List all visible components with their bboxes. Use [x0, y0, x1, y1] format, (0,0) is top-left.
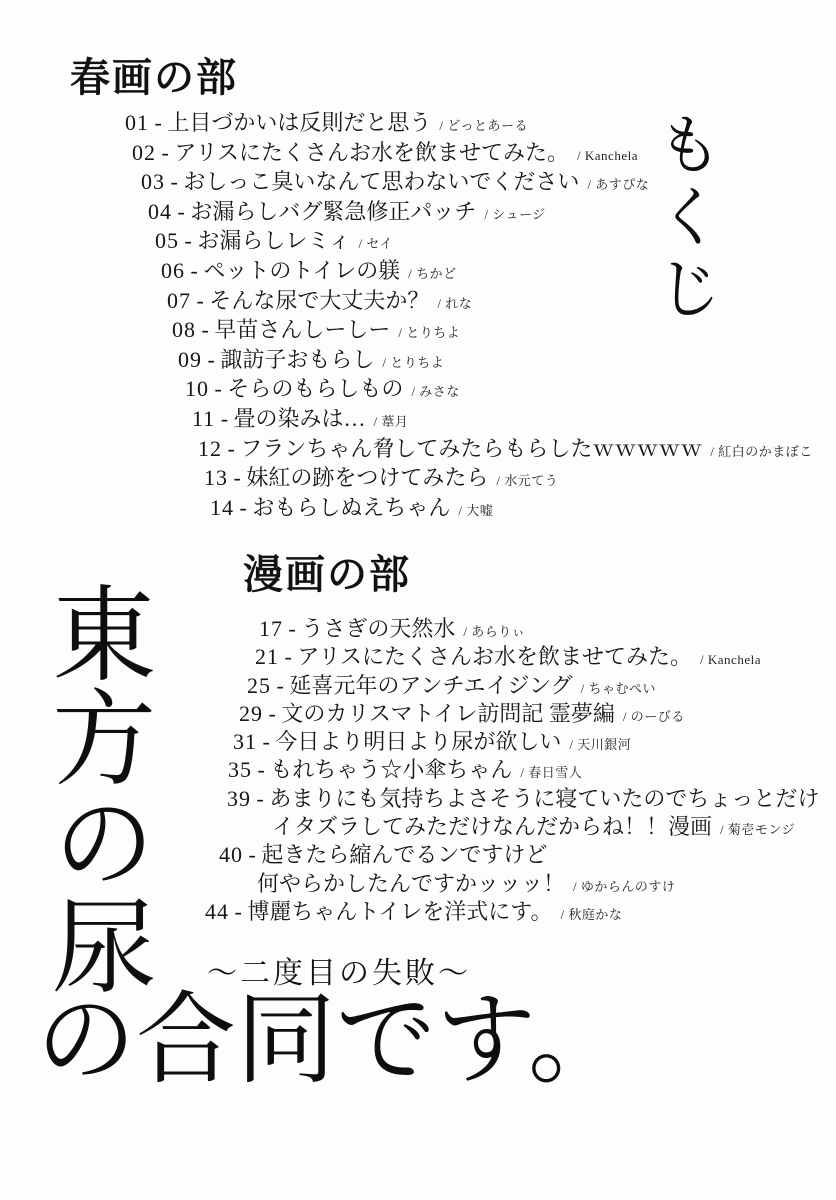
toc-entry-12: 12 - フランちゃん脅してみたらもらしたｗｗｗｗｗ/ 紅白のかまぼこ	[198, 434, 836, 464]
entry-author: / あすぴな	[587, 177, 649, 192]
entry-author: / みさな	[411, 384, 459, 399]
toc-entry-40-line1: 40 - 起きたら縮んでるンですけど	[219, 841, 836, 869]
entry-author: / ちゃむぺい	[581, 681, 656, 696]
entry-title: そらのもらしもの	[227, 376, 403, 401]
num-dash: -	[234, 495, 252, 520]
toc-entry-04: 04 - お漏らしバグ緊急修正パッチ/ シュージ	[148, 197, 836, 227]
entry-title: うさぎの天然水	[301, 616, 455, 641]
num-dash: -	[229, 899, 247, 924]
entry-author: / 春日雪人	[520, 765, 582, 780]
entry-title: お漏らしレミィ	[197, 228, 350, 253]
entry-number: 09	[178, 347, 202, 372]
entry-number: 10	[185, 376, 209, 401]
num-dash: -	[165, 169, 183, 194]
entry-author: / 大嘘	[458, 503, 493, 518]
toc-entry-31: 31 - 今日より明日より尿が欲しい/ 天川銀河	[233, 728, 836, 756]
entry-number: 39	[227, 786, 251, 811]
entry-number: 06	[161, 258, 185, 283]
entry-number: 14	[210, 495, 234, 520]
toc-entry-01: 01 - 上目づかいは反則だと思う/ どっとあーる	[125, 108, 836, 138]
num-dash: -	[209, 376, 227, 401]
entry-title: おもらしぬえちゃん	[252, 495, 450, 520]
toc-entry-08: 08 - 早苗さんしーしー/ とりちよ	[172, 315, 836, 345]
entry-number: 03	[141, 169, 165, 194]
toc-entry-06: 06 - ペットのトイレの躾/ ちかど	[161, 256, 836, 286]
entry-title: お漏らしバグ緊急修正パッチ	[190, 199, 476, 224]
entry-number: 35	[228, 757, 252, 782]
num-dash: -	[149, 110, 167, 135]
entry-author: / とりちよ	[382, 355, 444, 370]
entry-title: 妹紅の跡をつけてみたら	[246, 465, 488, 490]
entry-author: / どっとあーる	[439, 118, 528, 133]
entry-title: アリスにたくさんお水を飲ませてみた。	[297, 644, 692, 669]
num-dash: -	[191, 288, 209, 313]
entry-number: 01	[125, 110, 149, 135]
num-dash: -	[263, 701, 281, 726]
toc-entry-02: 02 - アリスにたくさんお水を飲ませてみた。/ Kanchela	[132, 138, 836, 168]
entry-number: 07	[167, 288, 191, 313]
entry-number: 40	[219, 842, 243, 867]
entry-title: 博麗ちゃんトイレを洋式にす。	[247, 899, 552, 924]
entry-title: 今日より明日より尿が欲しい	[275, 729, 561, 754]
entry-author: / 紅白のかまぼこ	[710, 444, 812, 459]
toc-entry-05: 05 - お漏らしレミィ/ セイ	[155, 226, 836, 256]
entry-number: 25	[247, 673, 271, 698]
entry-title: そんな尿で大丈夫か？	[209, 288, 429, 313]
toc-page: 春画の部 もくじ 01 - 上目づかいは反則だと思う/ どっとあーる 02 - …	[0, 0, 836, 1200]
entry-author: / れな	[437, 296, 472, 311]
entry-number: 29	[239, 701, 263, 726]
entry-title: 上目づかいは反則だと思う	[167, 110, 431, 135]
toc-entry-44: 44 - 博麗ちゃんトイレを洋式にす。/ 秋庭かな	[205, 898, 836, 926]
entry-author: / 秋庭かな	[560, 907, 622, 922]
entry-author: / 菊壱モンジ	[720, 822, 795, 837]
toc-entry-39-line1: 39 - あまりにも気持ちよさそうに寝ていたのでちょっとだけ	[227, 785, 836, 813]
num-dash: -	[156, 140, 174, 165]
entry-title: 文のカリスマトイレ訪問記 霊夢編	[281, 701, 615, 726]
num-dash: -	[179, 228, 197, 253]
num-dash: -	[243, 842, 261, 867]
num-dash: -	[251, 786, 269, 811]
entry-number: 21	[255, 644, 279, 669]
toc-entry-40-line2: 何やらかしたんですかッッッ！/ ゆからんのすけ	[257, 870, 836, 898]
num-dash: -	[228, 465, 246, 490]
entry-author: / ゆからんのすけ	[573, 879, 675, 894]
toc-entry-14: 14 - おもらしぬえちゃん/ 大嘘	[210, 493, 836, 523]
toc-entry-13: 13 - 妹紅の跡をつけてみたら/ 水元てう	[204, 463, 836, 493]
entry-title: アリスにたくさんお水を飲ませてみた。	[174, 140, 569, 165]
entry-author: / Kanchela	[577, 148, 638, 163]
entry-author: / のーびる	[623, 709, 685, 724]
shunga-entry-list: 01 - 上目づかいは反則だと思う/ どっとあーる 02 - アリスにたくさんお…	[0, 108, 836, 522]
entry-number: 11	[192, 406, 215, 431]
entry-number: 04	[148, 199, 172, 224]
section-heading-shunga: 春画の部	[70, 46, 238, 103]
toc-entry-09: 09 - 諏訪子おもらし/ とりちよ	[178, 345, 836, 375]
entry-number: 12	[198, 436, 222, 461]
entry-title: 諏訪子おもらし	[220, 347, 374, 372]
entry-title: もれちゃう☆小傘ちゃん	[270, 757, 512, 782]
entry-author: / セイ	[358, 236, 393, 251]
toc-entry-03: 03 - おしっこ臭いなんて思わないでください/ あすぴな	[141, 167, 836, 197]
entry-number: 08	[172, 317, 196, 342]
num-dash: -	[271, 673, 289, 698]
toc-entry-35: 35 - もれちゃう☆小傘ちゃん/ 春日雪人	[228, 756, 836, 784]
num-dash: -	[172, 199, 190, 224]
entry-author: / Kanchela	[700, 652, 761, 667]
entry-author: / ちかど	[408, 266, 456, 281]
entry-title: あまりにも気持ちよさそうに寝ていたのでちょっとだけ	[269, 786, 819, 811]
entry-title: 起きたら縮んでるンですけど	[261, 842, 547, 867]
num-dash: -	[279, 644, 297, 669]
num-dash: -	[202, 347, 220, 372]
toc-entry-07: 07 - そんな尿で大丈夫か？/ れな	[167, 286, 836, 316]
num-dash: -	[283, 616, 301, 641]
toc-entry-25: 25 - 延喜元年のアンチエイジング/ ちゃむぺい	[247, 672, 836, 700]
toc-entry-21: 21 - アリスにたくさんお水を飲ませてみた。/ Kanchela	[255, 643, 836, 671]
entry-author: / 葦月	[374, 414, 409, 429]
entry-author: / あらりぃ	[463, 624, 525, 639]
num-dash: -	[252, 757, 270, 782]
entry-number: 05	[155, 228, 179, 253]
num-dash: -	[257, 729, 275, 754]
entry-number: 13	[204, 465, 228, 490]
entry-title: フランちゃん脅してみたらもらしたｗｗｗｗｗ	[240, 436, 702, 461]
entry-author: / とりちよ	[398, 325, 460, 340]
book-title-vertical: 東方の尿	[40, 580, 146, 996]
num-dash: -	[185, 258, 203, 283]
entry-number: 17	[259, 616, 283, 641]
entry-author: / シュージ	[484, 207, 545, 222]
toc-entry-39-line2: イタズラしてみただけなんだからね！！漫画/ 菊壱モンジ	[272, 813, 836, 841]
toc-entry-29: 29 - 文のカリスマトイレ訪問記 霊夢編/ のーびる	[239, 700, 836, 728]
num-dash: -	[222, 436, 240, 461]
entry-number: 02	[132, 140, 156, 165]
entry-title: おしっこ臭いなんて思わないでください	[183, 169, 579, 194]
entry-author: / 水元てう	[496, 473, 558, 488]
num-dash: -	[196, 317, 214, 342]
entry-title: 延喜元年のアンチエイジング	[289, 673, 572, 698]
num-dash: -	[215, 406, 233, 431]
entry-author: / 天川銀河	[569, 737, 631, 752]
entry-title: 畳の染みは…	[234, 406, 366, 431]
toc-entry-10: 10 - そらのもらしもの/ みさな	[185, 374, 836, 404]
entry-title: 何やらかしたんですかッッッ！	[257, 871, 565, 896]
entry-number: 44	[205, 899, 229, 924]
entry-title: 早苗さんしーしー	[214, 317, 390, 342]
entry-number: 31	[233, 729, 257, 754]
entry-title: イタズラしてみただけなんだからね！！漫画	[272, 814, 712, 839]
section-heading-manga: 漫画の部	[243, 543, 411, 600]
entry-title: ペットのトイレの躾	[203, 258, 400, 283]
toc-entry-11: 11 - 畳の染みは…/ 葦月	[192, 404, 836, 434]
book-title-horizontal: の合同です。	[36, 988, 628, 1093]
toc-entry-17: 17 - うさぎの天然水/ あらりぃ	[259, 615, 836, 643]
